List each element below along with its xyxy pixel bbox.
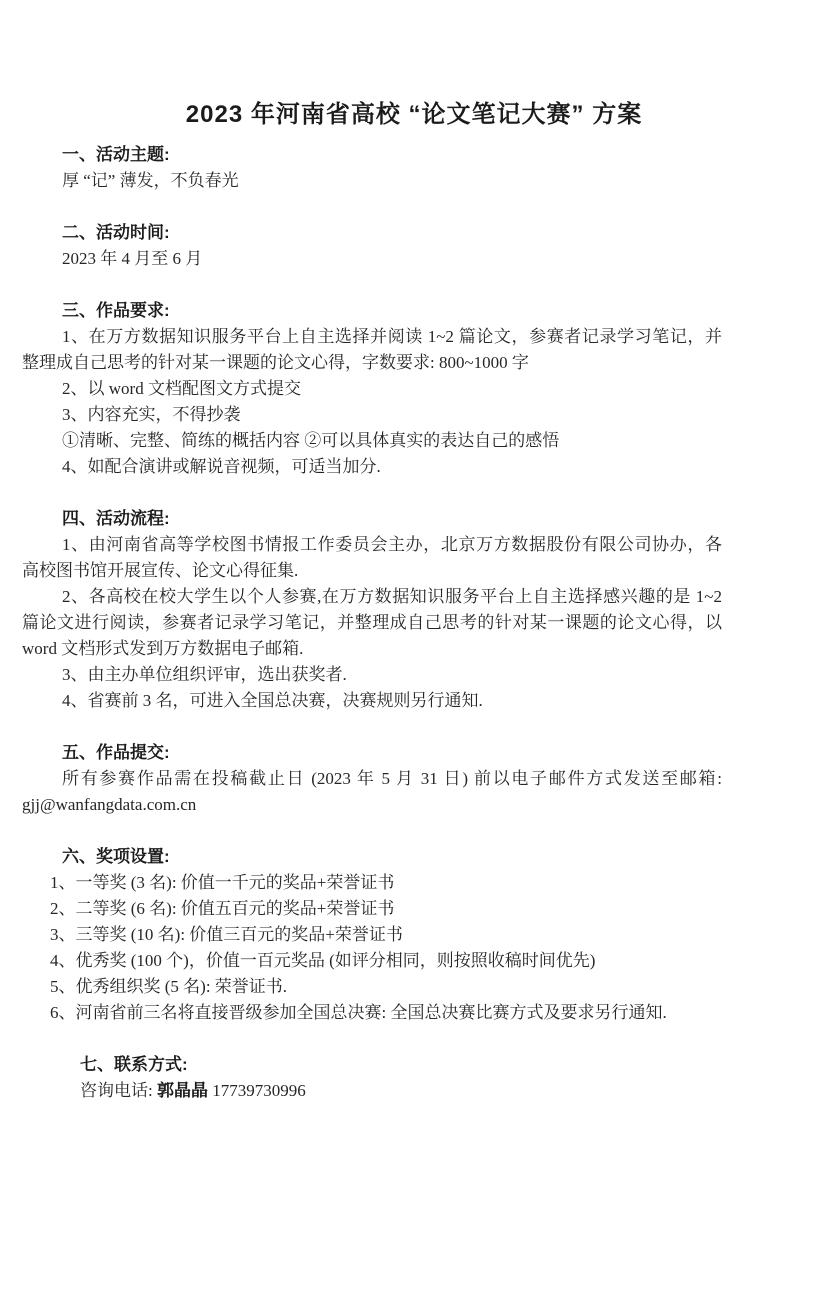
text-line: 2、各高校在校大学生以个人参赛,在万方数据知识服务平台上自主选择感兴趣的是 1~…: [22, 584, 722, 610]
text-line: 2、二等奖 (6 名): 价值五百元的奖品+荣誉证书: [22, 896, 722, 922]
section: 五、作品提交:所有参赛作品需在投稿截止日 (2023 年 5 月 31 日) 前…: [22, 740, 722, 818]
section: 六、奖项设置:1、一等奖 (3 名): 价值一千元的奖品+荣誉证书2、二等奖 (…: [22, 844, 722, 1026]
text-line: 2023 年 4 月至 6 月: [22, 246, 722, 272]
text-line: ①清晰、完整、简练的概括内容 ②可以具体真实的表达自己的感悟: [22, 428, 722, 454]
text-line: 高校图书馆开展宣传、论文心得征集.: [22, 558, 722, 584]
section: 二、活动时间:2023 年 4 月至 6 月: [22, 220, 722, 272]
text-line: 4、如配合演讲或解说音视频，可适当加分.: [22, 454, 722, 480]
section: 四、活动流程:1、由河南省高等学校图书情报工作委员会主办，北京万方数据股份有限公…: [22, 506, 722, 714]
section-heading: 二、活动时间:: [22, 220, 722, 246]
text-line: 1、在万方数据知识服务平台上自主选择并阅读 1~2 篇论文，参赛者记录学习笔记，…: [22, 324, 722, 350]
section-heading: 四、活动流程:: [22, 506, 722, 532]
text-line: 整理成自己思考的针对某一课题的论文心得，字数要求: 800~1000 字: [22, 350, 722, 376]
section-heading: 五、作品提交:: [22, 740, 722, 766]
scanned-document-page: 2023 年河南省高校 “论文笔记大赛” 方案 一、活动主题:厚 “记” 薄发，…: [0, 0, 828, 1302]
document-title: 2023 年河南省高校 “论文笔记大赛” 方案: [0, 100, 828, 130]
text-run: 17739730996: [208, 1081, 306, 1100]
text-line: 4、省赛前 3 名，可进入全国总决赛，决赛规则另行通知.: [22, 688, 722, 714]
contact-name-bold: 郭晶晶: [157, 1081, 208, 1100]
section-heading: 三、作品要求:: [22, 298, 722, 324]
text-line: 3、由主办单位组织评审，选出获奖者.: [22, 662, 722, 688]
text-line: 厚 “记” 薄发，不负春光: [22, 168, 722, 194]
text-run: 咨询电话:: [80, 1081, 157, 1100]
text-line: 1、由河南省高等学校图书情报工作委员会主办，北京万方数据股份有限公司协办，各: [22, 532, 722, 558]
text-line: 所有参赛作品需在投稿截止日 (2023 年 5 月 31 日) 前以电子邮件方式…: [22, 766, 722, 792]
text-line: 5、优秀组织奖 (5 名): 荣誉证书.: [22, 974, 722, 1000]
section-heading: 一、活动主题:: [22, 142, 722, 168]
section-heading: 六、奖项设置:: [22, 844, 722, 870]
text-line: 2、以 word 文档配图文方式提交: [22, 376, 722, 402]
section: 七、联系方式:咨询电话: 郭晶晶 17739730996: [22, 1052, 722, 1104]
text-line: gjj@wanfangdata.com.cn: [22, 792, 722, 818]
text-line: 1、一等奖 (3 名): 价值一千元的奖品+荣誉证书: [22, 870, 722, 896]
text-line: word 文档形式发到万方数据电子邮箱.: [22, 636, 722, 662]
section-heading: 七、联系方式:: [22, 1052, 722, 1078]
section: 一、活动主题:厚 “记” 薄发，不负春光: [22, 142, 722, 194]
document-body: 一、活动主题:厚 “记” 薄发，不负春光二、活动时间:2023 年 4 月至 6…: [0, 142, 828, 1104]
section: 三、作品要求:1、在万方数据知识服务平台上自主选择并阅读 1~2 篇论文，参赛者…: [22, 298, 722, 480]
text-line: 3、内容充实，不得抄袭: [22, 402, 722, 428]
text-line: 咨询电话: 郭晶晶 17739730996: [22, 1078, 722, 1104]
text-line: 6、河南省前三名将直接晋级参加全国总决赛: 全国总决赛比赛方式及要求另行通知.: [22, 1000, 722, 1026]
text-line: 篇论文进行阅读，参赛者记录学习笔记，并整理成自己思考的针对某一课题的论文心得，以: [22, 610, 722, 636]
text-line: 3、三等奖 (10 名): 价值三百元的奖品+荣誉证书: [22, 922, 722, 948]
text-line: 4、优秀奖 (100 个)，价值一百元奖品 (如评分相同，则按照收稿时间优先): [22, 948, 722, 974]
